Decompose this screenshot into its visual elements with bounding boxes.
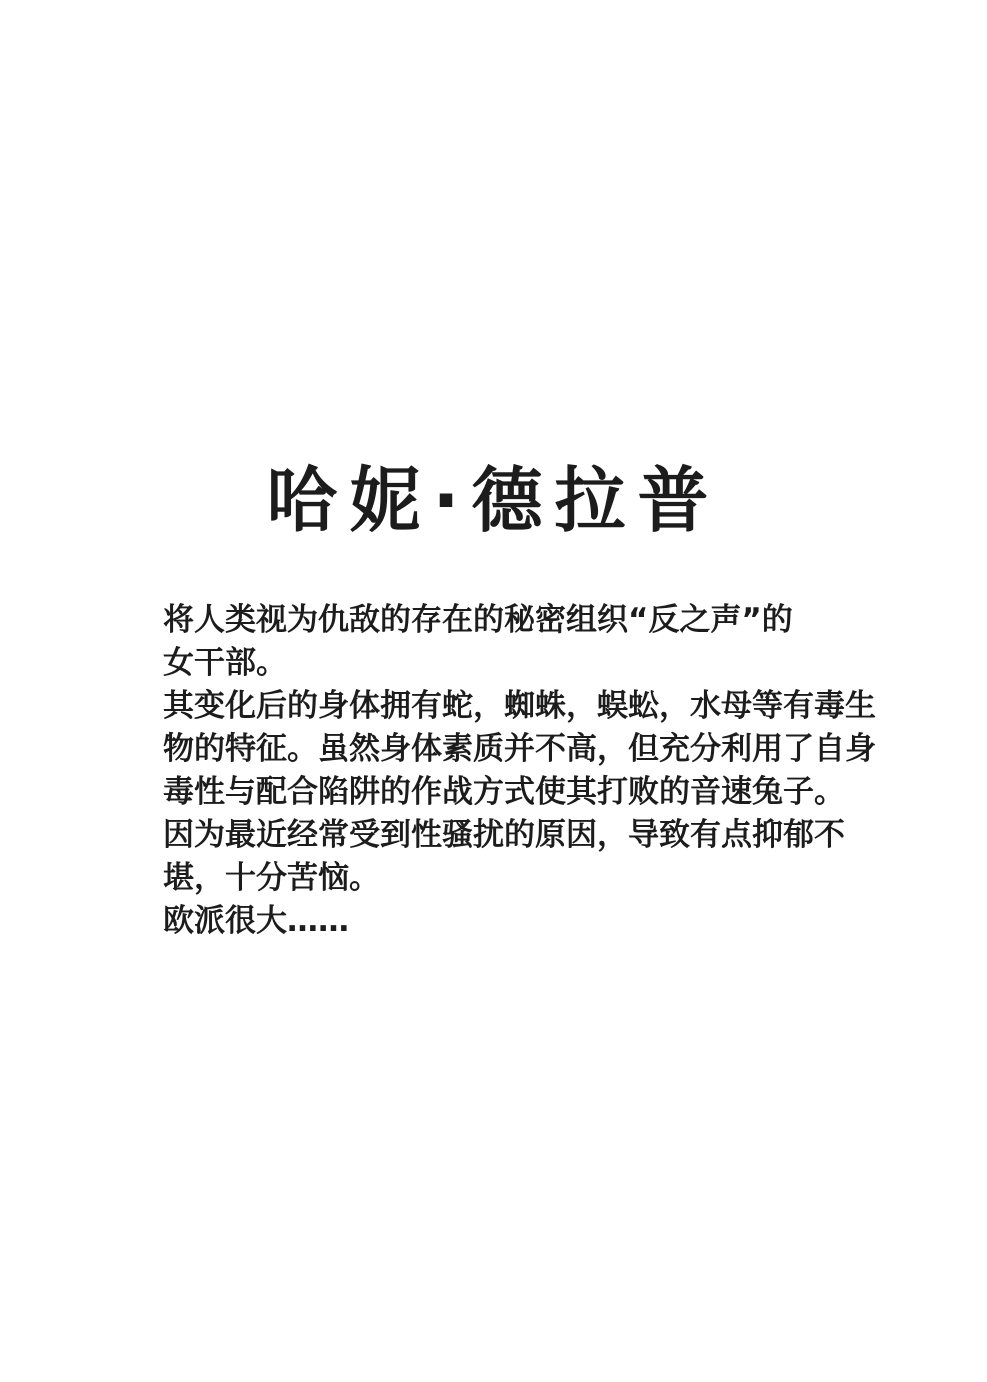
description-line: 因为最近经常受到性骚扰的原因，导致有点抑郁不 [163, 814, 863, 857]
description-line: 其变化后的身体拥有蛇，蜘蛛，蜈蚣，水母等有毒生 [163, 685, 863, 728]
character-description: 将人类视为仇敌的存在的秘密组织“反之声”的 女干部。 其变化后的身体拥有蛇，蜘蛛… [163, 599, 863, 943]
document-page: 哈妮·德拉普 将人类视为仇敌的存在的秘密组织“反之声”的 女干部。 其变化后的身… [0, 0, 987, 1382]
description-line: 将人类视为仇敌的存在的秘密组织“反之声”的 [163, 599, 863, 642]
description-line: 欧派很大…… [163, 900, 863, 943]
character-name-title: 哈妮·德拉普 [0, 462, 987, 540]
description-line: 毒性与配合陷阱的作战方式使其打败的音速兔子。 [163, 771, 863, 814]
description-line: 物的特征。虽然身体素质并不高，但充分利用了自身 [163, 728, 863, 771]
description-line: 堪，十分苦恼。 [163, 857, 863, 900]
description-line: 女干部。 [163, 642, 863, 685]
